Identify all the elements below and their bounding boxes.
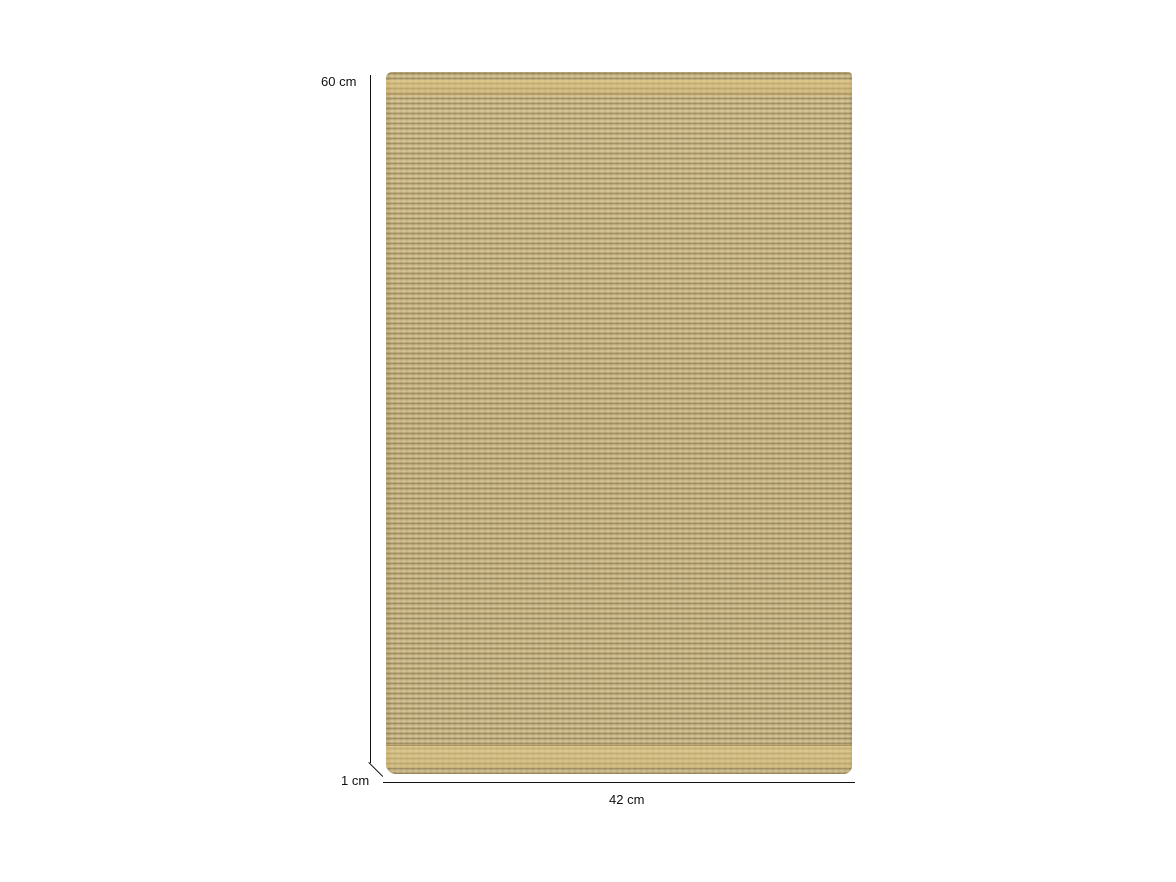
width-label: 42 cm [609,792,644,807]
rug-top-band [386,80,852,95]
width-dimension-line [383,782,855,783]
depth-label: 1 cm [341,773,369,788]
rug-image [386,72,852,774]
depth-dimension-line [368,762,383,777]
rug-bottom-band [386,745,852,768]
height-label: 60 cm [321,74,356,89]
height-dimension-line [370,75,371,763]
